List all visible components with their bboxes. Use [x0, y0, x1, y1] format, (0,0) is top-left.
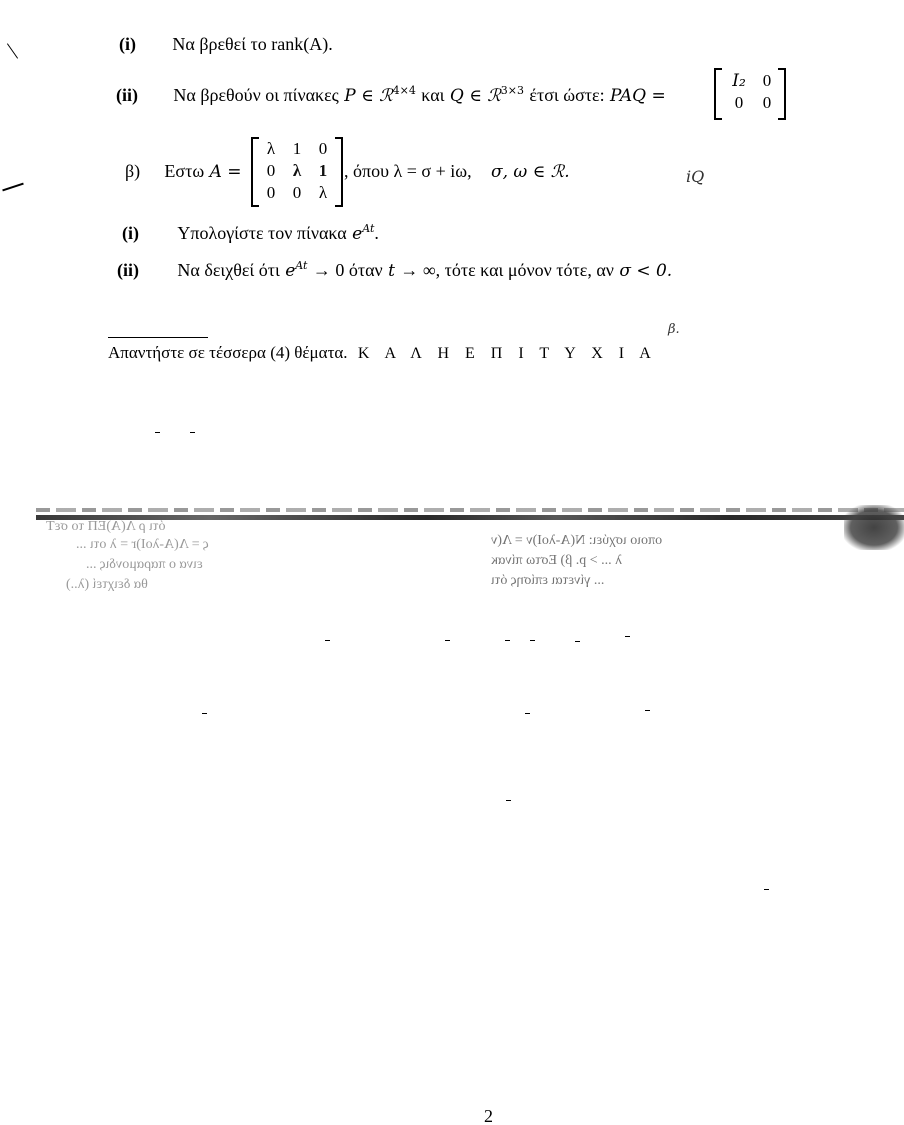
matrix-cell: 0 — [754, 92, 780, 114]
matrix-exponential: eAt — [285, 261, 307, 281]
item-a-i: (i) Να βρεθεί το rank(A). — [119, 34, 333, 55]
element-of: ∈ — [361, 86, 374, 106]
matrix-cell: I₂ — [726, 70, 752, 92]
limit-condition: → ∞, τότε και μόνον τότε, αν — [400, 260, 614, 280]
bleed-text: ς = Λ(Α-λoΙ)r = λ οτι ... — [76, 537, 209, 553]
matrix-bracket-left — [251, 137, 259, 207]
stray-mark-beta: β. — [668, 322, 680, 337]
period: . — [374, 223, 379, 243]
exp-base: e — [352, 224, 362, 244]
dimension-4x4: 4×4 — [393, 84, 416, 97]
conj-and: και — [421, 85, 444, 105]
item-text: Να βρεθεί το rank(A). — [172, 34, 332, 54]
matrix-bracket-right — [778, 68, 786, 120]
matrix-cell: λ — [285, 160, 309, 182]
limit-expression: → 0 όταν — [313, 260, 383, 280]
scan-speck — [625, 636, 630, 637]
bleed-text: οποιο ισχύει: N(A-λoI)ν = Λ(ν — [491, 533, 662, 549]
scan-speck — [530, 640, 535, 641]
matrix-cell: 1 — [311, 160, 335, 182]
sigma-omega-domain: σ, ω ∈ ℛ. — [491, 162, 570, 182]
bleed-text: λ ... > p. β) Εστω πίνακ — [491, 553, 622, 569]
dimension-3x3: 3×3 — [501, 84, 524, 97]
item-text-before: Να δειχθεί ότι — [177, 260, 279, 280]
scan-speck — [325, 640, 330, 641]
bleed-through-band: ότι ρ Λ(Α)ΕΠ το σεΤ ς = Λ(Α-λoΙ)r = λ οτ… — [36, 505, 904, 610]
element-of: ∈ — [469, 86, 482, 106]
item-label: (ii) — [117, 260, 172, 280]
var-A: A = — [210, 162, 242, 182]
part-label: β) — [125, 161, 159, 181]
closing-note: Απαντήστε σε τέσσερα (4) θέματα. Κ Α Λ Η… — [108, 343, 657, 363]
bleed-text: ... γίνεται επίσης ότι — [491, 573, 604, 589]
expr-PAQ: PAQ = — [610, 86, 666, 106]
jordan-matrix: λ 1 0 0 λ 1 0 0 λ — [259, 138, 335, 204]
item-b-ii: (ii) Να δειχθεί ότι eAt → 0 όταν t → ∞, … — [117, 260, 672, 281]
bleed-text: θα δειχτεί (λ..) — [66, 577, 148, 593]
var-P: P — [344, 86, 355, 106]
exp-base: e — [285, 261, 295, 281]
block-matrix: I₂ 0 0 0 — [726, 70, 780, 114]
scan-speck — [155, 432, 160, 433]
exp-power: At — [362, 222, 374, 235]
lambda-definition: , όπου λ = σ + iω, — [344, 161, 472, 181]
answer-instruction: Απαντήστε σε τέσσερα (4) θέματα. — [108, 343, 348, 362]
item-label: (i) — [119, 34, 167, 54]
exam-page: (i) Να βρεθεί το rank(A). (ii) Να βρεθού… — [0, 0, 904, 1125]
bleed-artifact — [36, 508, 904, 512]
item-text-after: έτσι ώστε: — [529, 85, 604, 105]
matrix-cell: 0 — [259, 182, 283, 204]
bleed-artifact — [844, 505, 904, 550]
matrix-bracket-left — [714, 68, 722, 120]
set-symbol: ℛ — [379, 86, 393, 106]
stray-mark-iq: iQ — [686, 167, 704, 186]
matrix-cell: 0 — [726, 92, 752, 114]
matrix-exponential: eAt — [352, 224, 374, 244]
bleed-text: εινα ο παραμονδις ... — [86, 557, 203, 573]
item-a-ii: (ii) Να βρεθούν οι πίνακες P ∈ ℛ4×4 και … — [116, 85, 666, 106]
item-label: (i) — [122, 223, 172, 243]
matrix-cell: λ — [259, 138, 283, 160]
intro-text: Εστω — [164, 161, 204, 181]
scan-speck — [445, 640, 450, 641]
real-set-R: ℛ4×4 — [379, 86, 416, 106]
matrix-cell: 0 — [311, 138, 335, 160]
item-label: (ii) — [116, 85, 168, 105]
part-b-intro: β) Εστω A = — [125, 161, 242, 182]
bleed-text: ότι ρ Λ(Α)ΕΠ το σεΤ — [46, 519, 165, 535]
page-number: 2 — [484, 1106, 493, 1125]
good-luck: Κ Α Λ Η Ε Π Ι Τ Υ Χ Ι Α — [358, 345, 657, 362]
bleed-artifact — [36, 515, 904, 520]
var-t: t — [388, 261, 395, 281]
scan-speck — [645, 710, 650, 711]
scan-scratch — [7, 43, 18, 58]
matrix-cell: 1 — [285, 138, 309, 160]
sigma-condition: σ < 0. — [619, 261, 672, 281]
scan-speck — [202, 713, 207, 714]
scan-speck — [525, 713, 530, 714]
scan-speck — [190, 432, 195, 433]
scan-speck — [575, 641, 580, 642]
scan-speck — [764, 889, 769, 890]
real-set-R: ℛ3×3 — [487, 86, 524, 106]
matrix-cell: 0 — [754, 70, 780, 92]
matrix-bracket-right — [335, 137, 343, 207]
matrix-cell: 0 — [259, 160, 283, 182]
item-text: Υπολογίστε τον πίνακα — [177, 223, 346, 243]
scan-speck — [505, 640, 510, 641]
var-Q: Q — [450, 86, 464, 106]
matrix-cell: λ — [311, 182, 335, 204]
item-text-before: Να βρεθούν οι πίνακες — [173, 85, 338, 105]
set-symbol: ℛ — [487, 86, 501, 106]
item-b-i: (i) Υπολογίστε τον πίνακα eAt. — [122, 223, 379, 244]
scan-speck — [506, 800, 511, 801]
exp-power: At — [295, 259, 307, 272]
footnote-rule — [108, 337, 208, 338]
scan-scratch — [2, 183, 24, 192]
matrix-cell: 0 — [285, 182, 309, 204]
part-b-condition: , όπου λ = σ + iω, σ, ω ∈ ℛ. — [344, 161, 570, 182]
